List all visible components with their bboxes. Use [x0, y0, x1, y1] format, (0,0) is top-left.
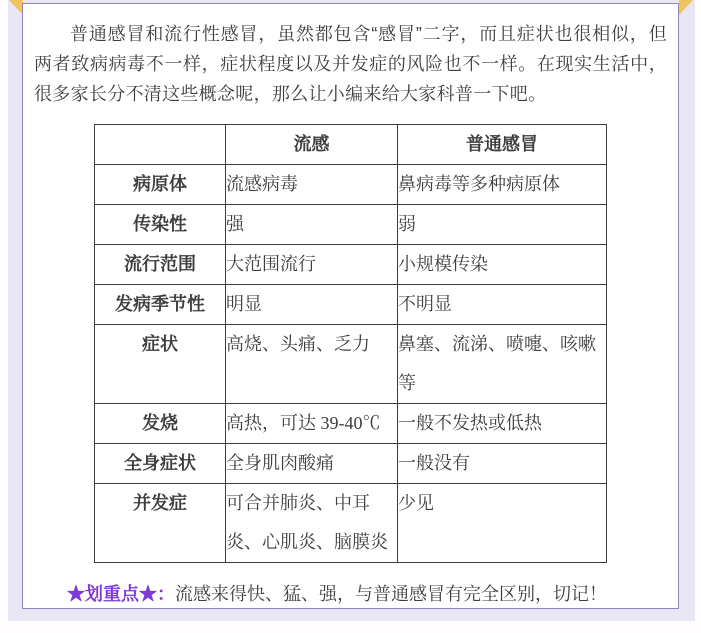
table-row: 并发症可合并肺炎、中耳炎、心肌炎、脑膜炎少见: [95, 484, 607, 563]
cold-value-cell: 一般没有: [398, 444, 607, 484]
flu-value-cell: 大范围流行: [226, 245, 398, 285]
row-label-cell: 传染性: [95, 205, 226, 245]
cold-value-cell: 鼻病毒等多种病原体: [398, 165, 607, 205]
cold-value-cell: 不明显: [398, 285, 607, 325]
key-point-line: ★划重点★：流感来得快、猛、强，与普通感冒有完全区别，切记！: [23, 563, 678, 606]
table-row: 流行范围大范围流行小规模传染: [95, 245, 607, 285]
table-row: 病原体流感病毒鼻病毒等多种病原体: [95, 165, 607, 205]
flu-value-cell: 强: [226, 205, 398, 245]
table-row: 发烧高热，可达 39-40℃一般不发热或低热: [95, 404, 607, 444]
flu-value-cell: 可合并肺炎、中耳炎、心肌炎、脑膜炎: [226, 484, 398, 563]
flu-value-cell: 高烧、头痛、乏力: [226, 325, 398, 404]
table-header-row: 流感 普通感冒: [95, 125, 607, 165]
row-label-cell: 并发症: [95, 484, 226, 563]
table-row: 症状高烧、头痛、乏力鼻塞、流涕、喷嚏、咳嗽等: [95, 325, 607, 404]
flu-value-cell: 明显: [226, 285, 398, 325]
table-row: 传染性强弱: [95, 205, 607, 245]
key-point-prefix: ★划重点★：: [67, 584, 175, 604]
header-cell-cold: 普通感冒: [398, 125, 607, 165]
flu-vs-cold-table: 流感 普通感冒 病原体流感病毒鼻病毒等多种病原体传染性强弱流行范围大范围流行小规…: [94, 124, 607, 563]
row-label-cell: 发烧: [95, 404, 226, 444]
flu-value-cell: 高热，可达 39-40℃: [226, 404, 398, 444]
flu-value-cell: 全身肌肉酸痛: [226, 444, 398, 484]
table-row: 发病季节性明显不明显: [95, 285, 607, 325]
key-point-text: 流感来得快、猛、强，与普通感冒有完全区别，切记！: [175, 584, 607, 604]
header-cell-empty: [95, 125, 226, 165]
row-label-cell: 发病季节性: [95, 285, 226, 325]
row-label-cell: 流行范围: [95, 245, 226, 285]
row-label-cell: 症状: [95, 325, 226, 404]
row-label-cell: 病原体: [95, 165, 226, 205]
intro-paragraph: 普通感冒和流行性感冒，虽然都包含“感冒”二字，而且症状也很相似，但两者致病病毒不…: [23, 4, 678, 109]
comparison-table-body: 病原体流感病毒鼻病毒等多种病原体传染性强弱流行范围大范围流行小规模传染发病季节性…: [95, 165, 607, 563]
cold-value-cell: 一般不发热或低热: [398, 404, 607, 444]
content-card: 普通感冒和流行性感冒，虽然都包含“感冒”二字，而且症状也很相似，但两者致病病毒不…: [22, 3, 679, 609]
row-label-cell: 全身症状: [95, 444, 226, 484]
flu-value-cell: 流感病毒: [226, 165, 398, 205]
header-cell-flu: 流感: [226, 125, 398, 165]
cold-value-cell: 鼻塞、流涕、喷嚏、咳嗽等: [398, 325, 607, 404]
article-page: 普通感冒和流行性感冒，虽然都包含“感冒”二字，而且症状也很相似，但两者致病病毒不…: [0, 0, 701, 633]
cold-value-cell: 少见: [398, 484, 607, 563]
cold-value-cell: 小规模传染: [398, 245, 607, 285]
table-row: 全身症状全身肌肉酸痛一般没有: [95, 444, 607, 484]
cold-value-cell: 弱: [398, 205, 607, 245]
